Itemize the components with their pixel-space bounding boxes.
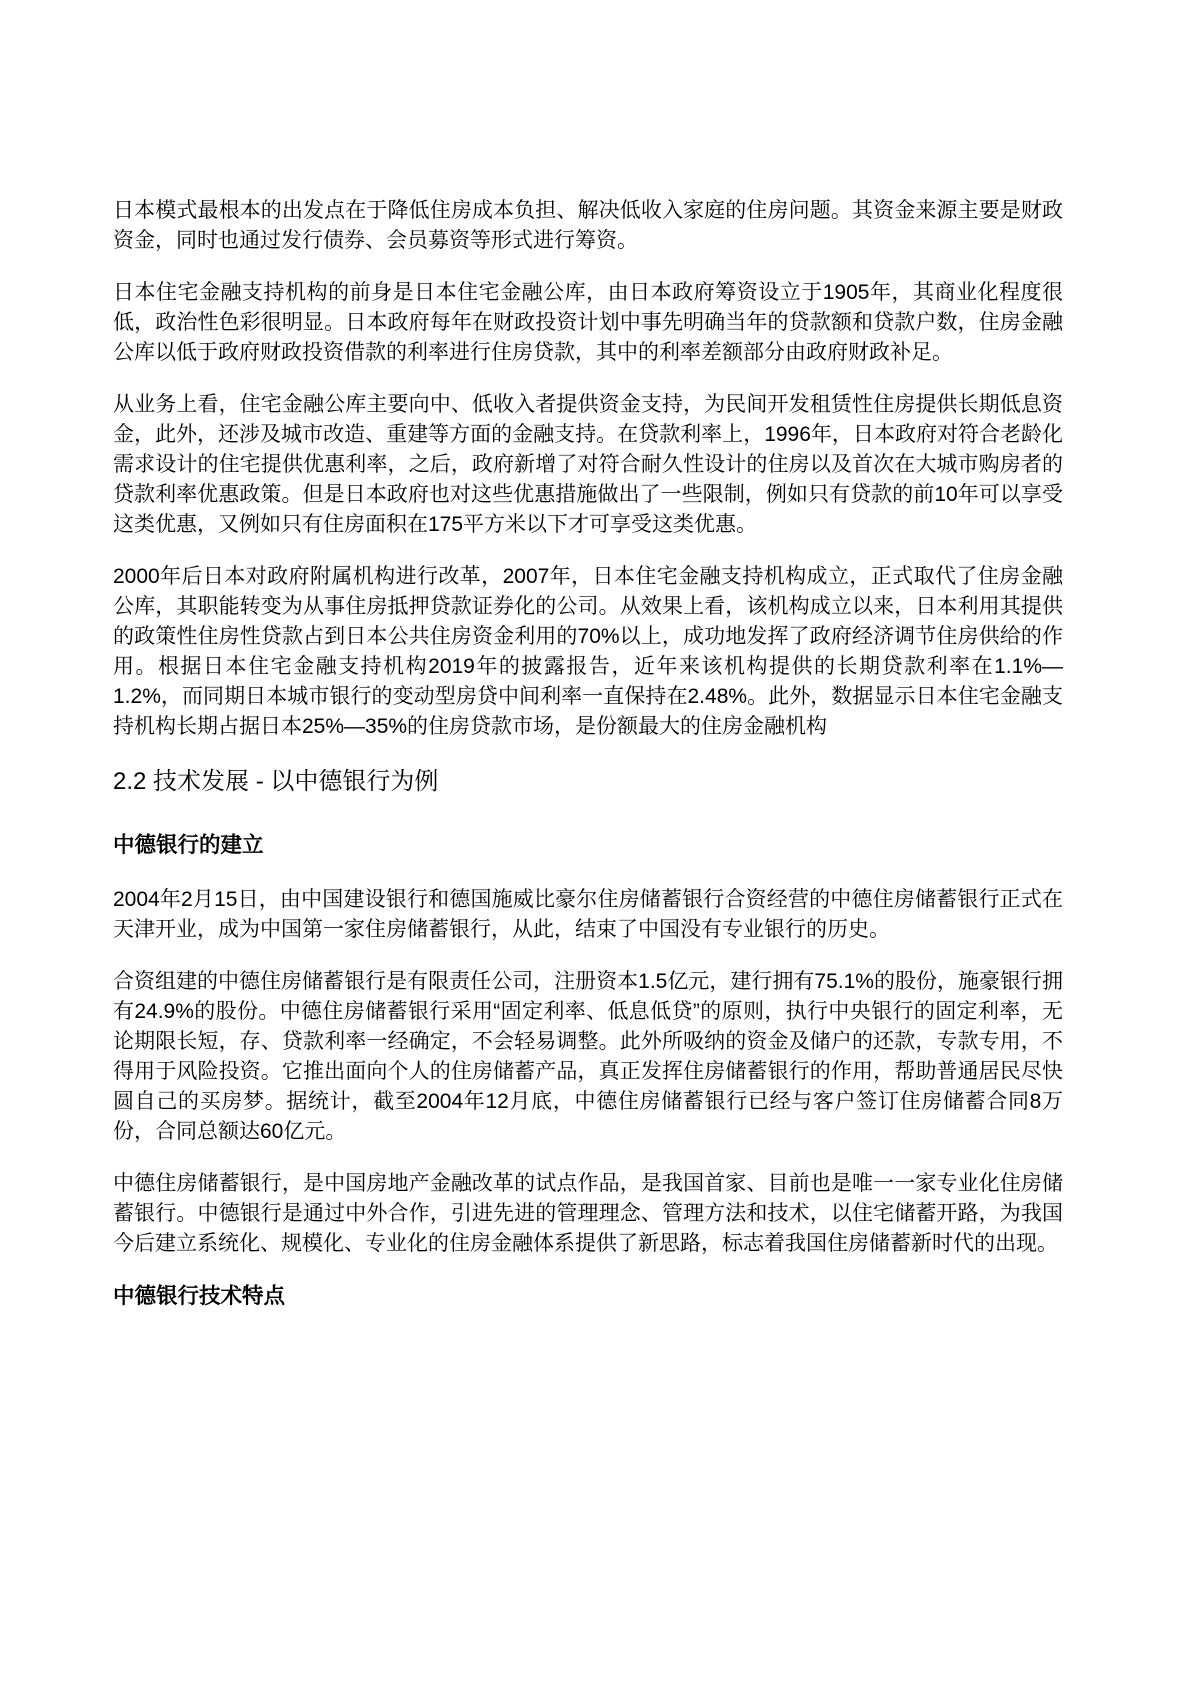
subsection-heading-sgb-tech-features: 中德银行技术特点 [113,1281,1063,1311]
subsection-heading-sgb-founding: 中德银行的建立 [113,830,1063,860]
paragraph-sgb-opening: 2004年2月15日，由中国建设银行和德国施威比豪尔住房储蓄银行合资经营的中德住… [113,885,1063,945]
paragraph-sgb-capital-structure: 合资组建的中德住房储蓄银行是有限责任公司，注册资本1.5亿元，建行拥有75.1%… [113,967,1063,1147]
document-page: 日本模式最根本的出发点在于降低住房成本负担、解决低收入家庭的住房问题。其资金来源… [113,0,1063,1336]
paragraph-ghlc-business-scope: 从业务上看，住宅金融公库主要向中、低收入者提供资金支持，为民间开发租赁性住房提供… [113,390,1063,540]
paragraph-jhf-agency-predecessor: 日本住宅金融支持机构的前身是日本住宅金融公库，由日本政府筹资设立于1905年，其… [113,278,1063,368]
paragraph-japan-model-funding: 日本模式最根本的出发点在于降低住房成本负担、解决低收入家庭的住房问题。其资金来源… [113,196,1063,256]
paragraph-jhf-agency-reform: 2000年后日本对政府附属机构进行改革，2007年，日本住宅金融支持机构成立，正… [113,562,1063,742]
paragraph-sgb-significance: 中德住房储蓄银行，是中国房地产金融改革的试点作品，是我国首家、目前也是唯一一家专… [113,1169,1063,1259]
section-heading-2-2-tech-development: 2.2 技术发展 - 以中德银行为例 [113,764,1063,800]
